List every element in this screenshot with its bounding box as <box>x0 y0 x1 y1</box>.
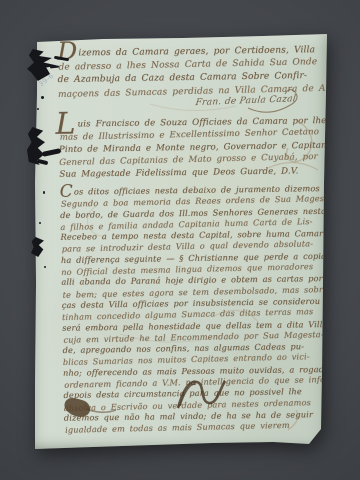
body-paragraph: Cos ditos officiaes nesta debaixo de jur… <box>60 182 329 435</box>
handwritten-content: Dizemos da Camara geraes, por Certidoens… <box>33 33 329 451</box>
ink-speck <box>39 222 41 224</box>
manuscript-page-wrap: Dizemos da Camara geraes, por Certidoens… <box>33 33 329 451</box>
manuscript-page: Dizemos da Camara geraes, por Certidoens… <box>33 33 329 451</box>
opening-paragraph: Dizemos da Camara geraes, por Certidoens… <box>57 43 322 101</box>
ink-speck <box>41 96 44 99</box>
ink-speck <box>37 108 39 110</box>
photo-background: Dizemos da Camara geraes, por Certidoens… <box>0 0 360 480</box>
ink-speck <box>43 191 45 194</box>
salutation-paragraph: Luis Francisco de Souza Officiaes da Cam… <box>58 114 327 181</box>
ink-speck <box>44 266 46 268</box>
